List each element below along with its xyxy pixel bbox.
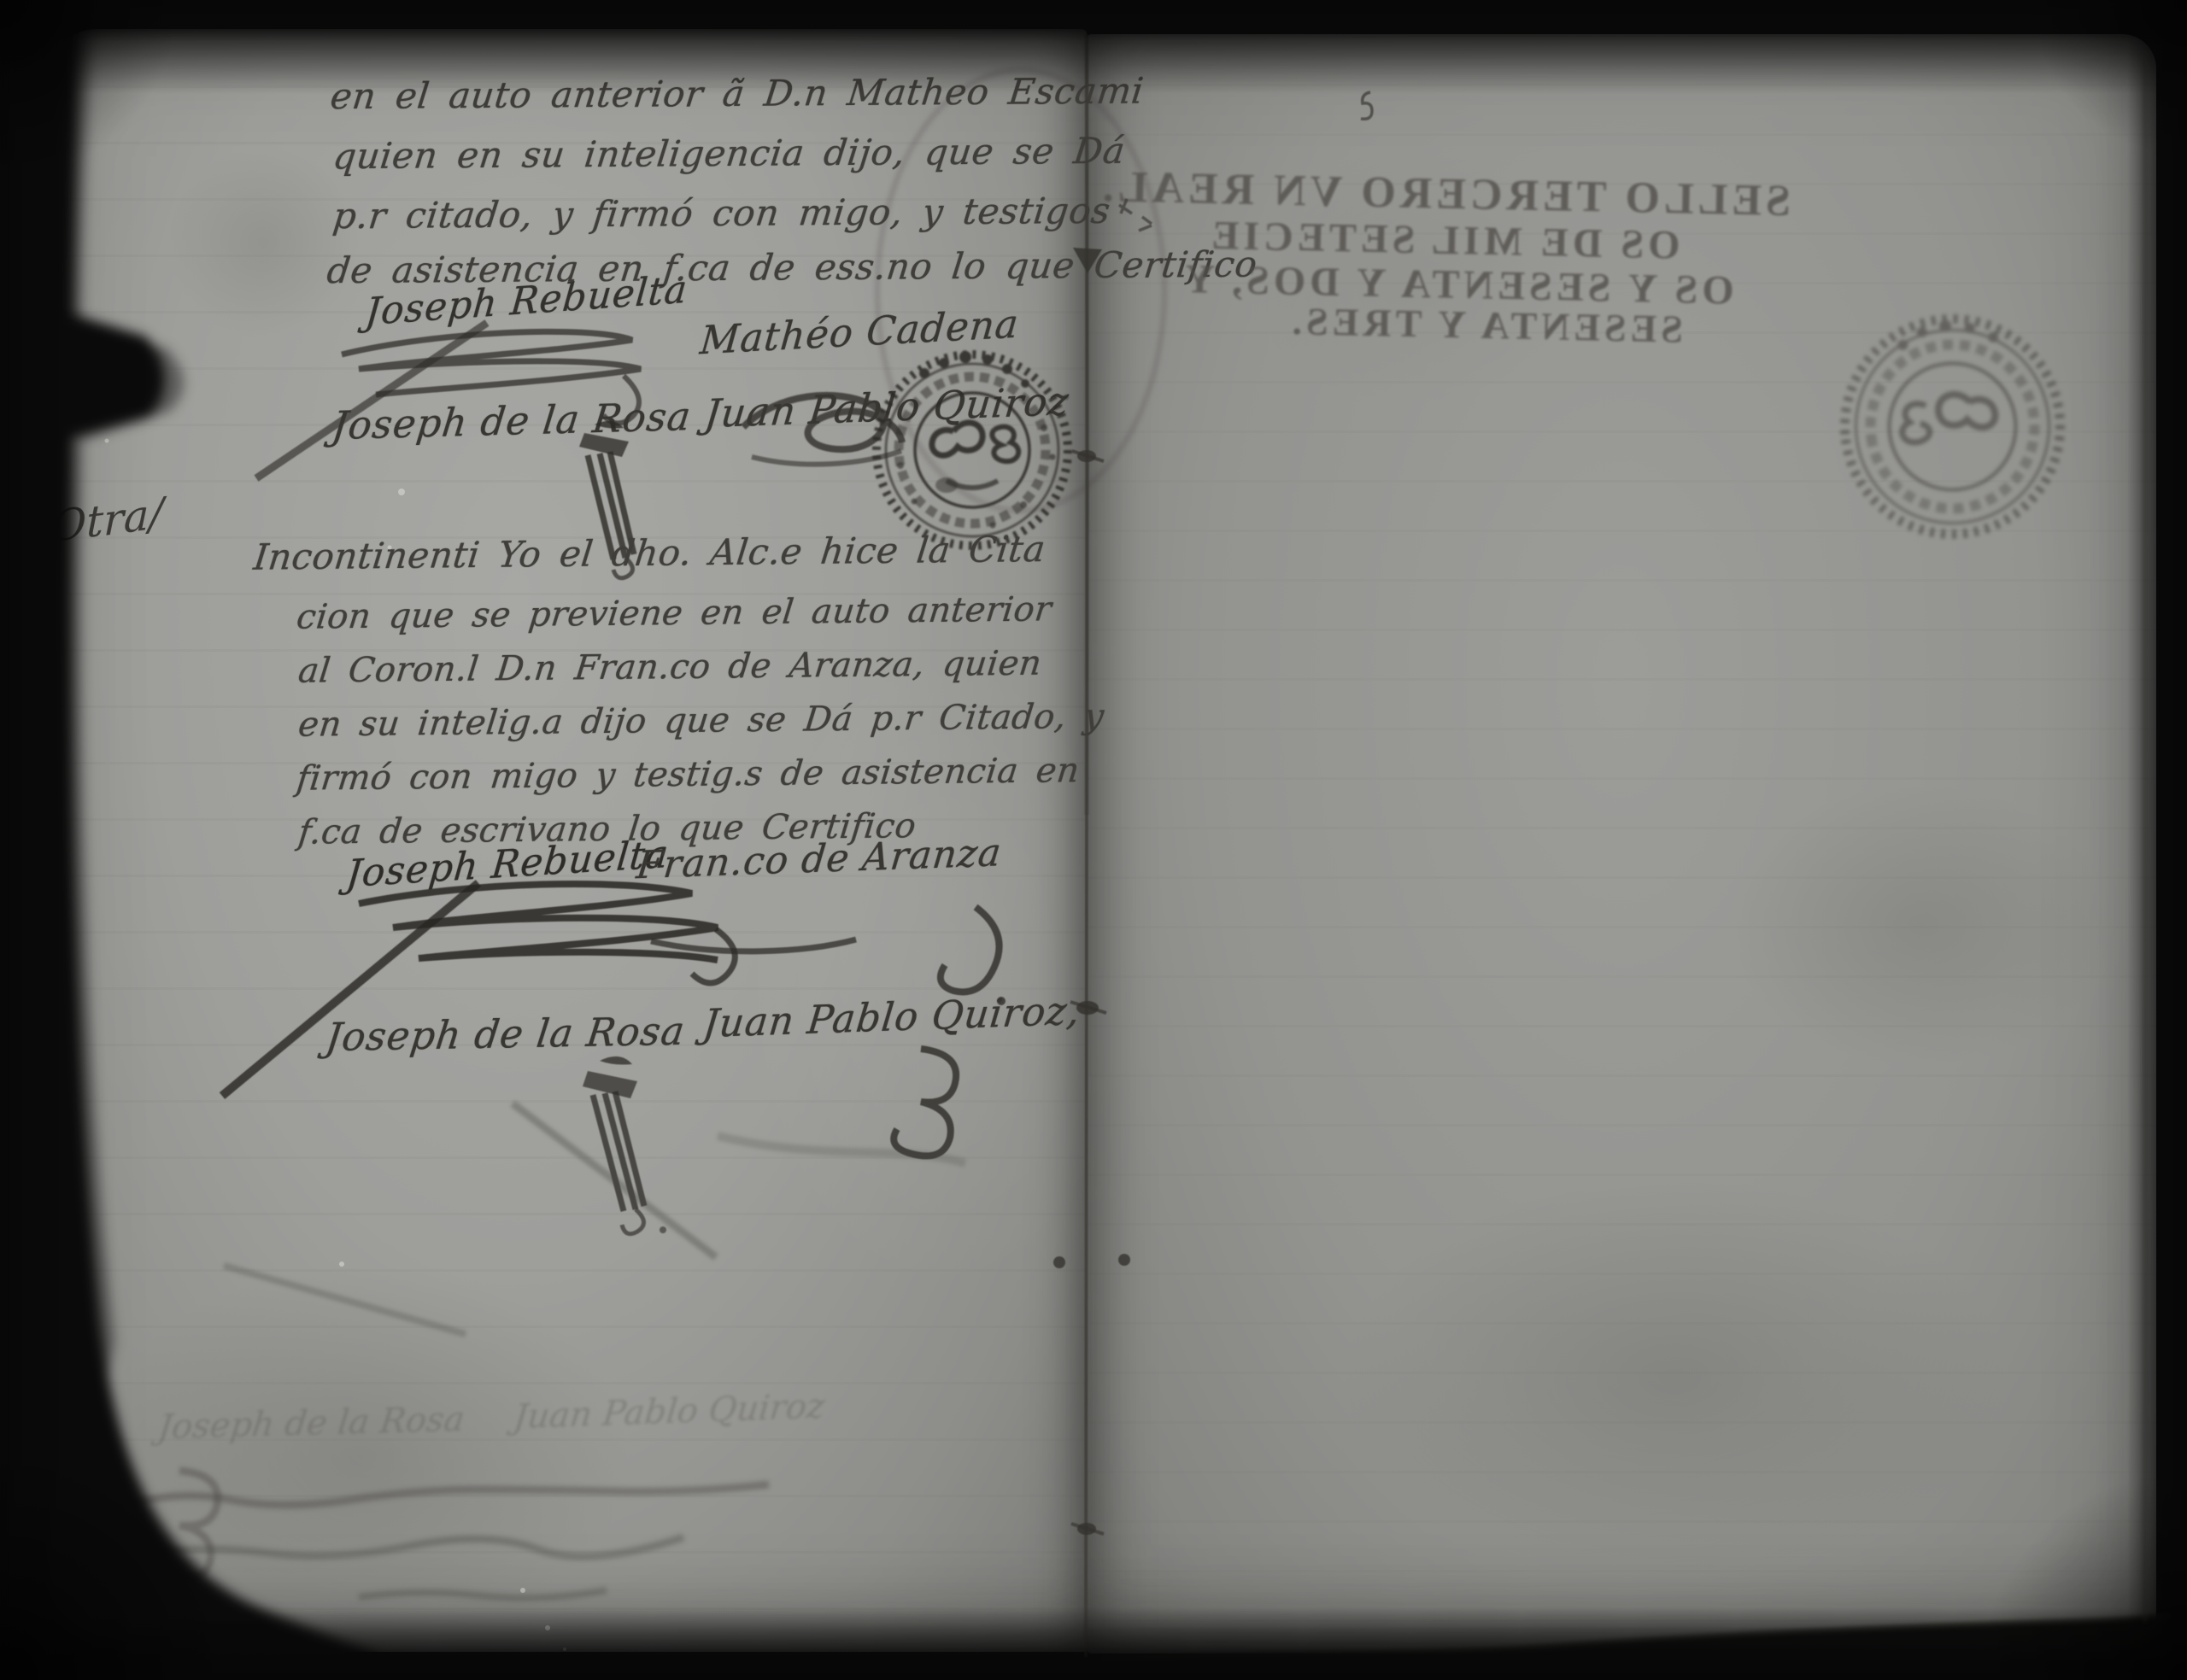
manuscript-line: Incontinenti Yo el dho. Alc.e hice la Ci… [251,528,1047,578]
signature: Joseph de la Rosa [323,1009,688,1060]
signature: Joseph de la Rosa [330,394,694,448]
ghost-signature: Joseph de la Rosa [156,1400,466,1448]
manuscript-line: p.r citado, y firmó con migo, y testigos [331,190,1112,237]
manuscript-line: firmó con migo y testig.s de asistencia … [295,751,1082,799]
manuscript-line: quien en su inteligencia dijo, que se Dá [331,130,1127,177]
manuscript-scan: en el auto anterior ã D.n Matheo Escami … [0,0,2187,1680]
manuscript-line: en el auto anterior ã D.n Matheo Escami [328,69,1146,117]
bleedthrough-print-line: SESENTA Y TRES. [1298,298,1683,351]
manuscript-line: cion que se previene en el auto anterior [295,590,1054,637]
manuscript-line: al Coron.l D.n Fran.co de Aranza, quien [296,644,1044,691]
